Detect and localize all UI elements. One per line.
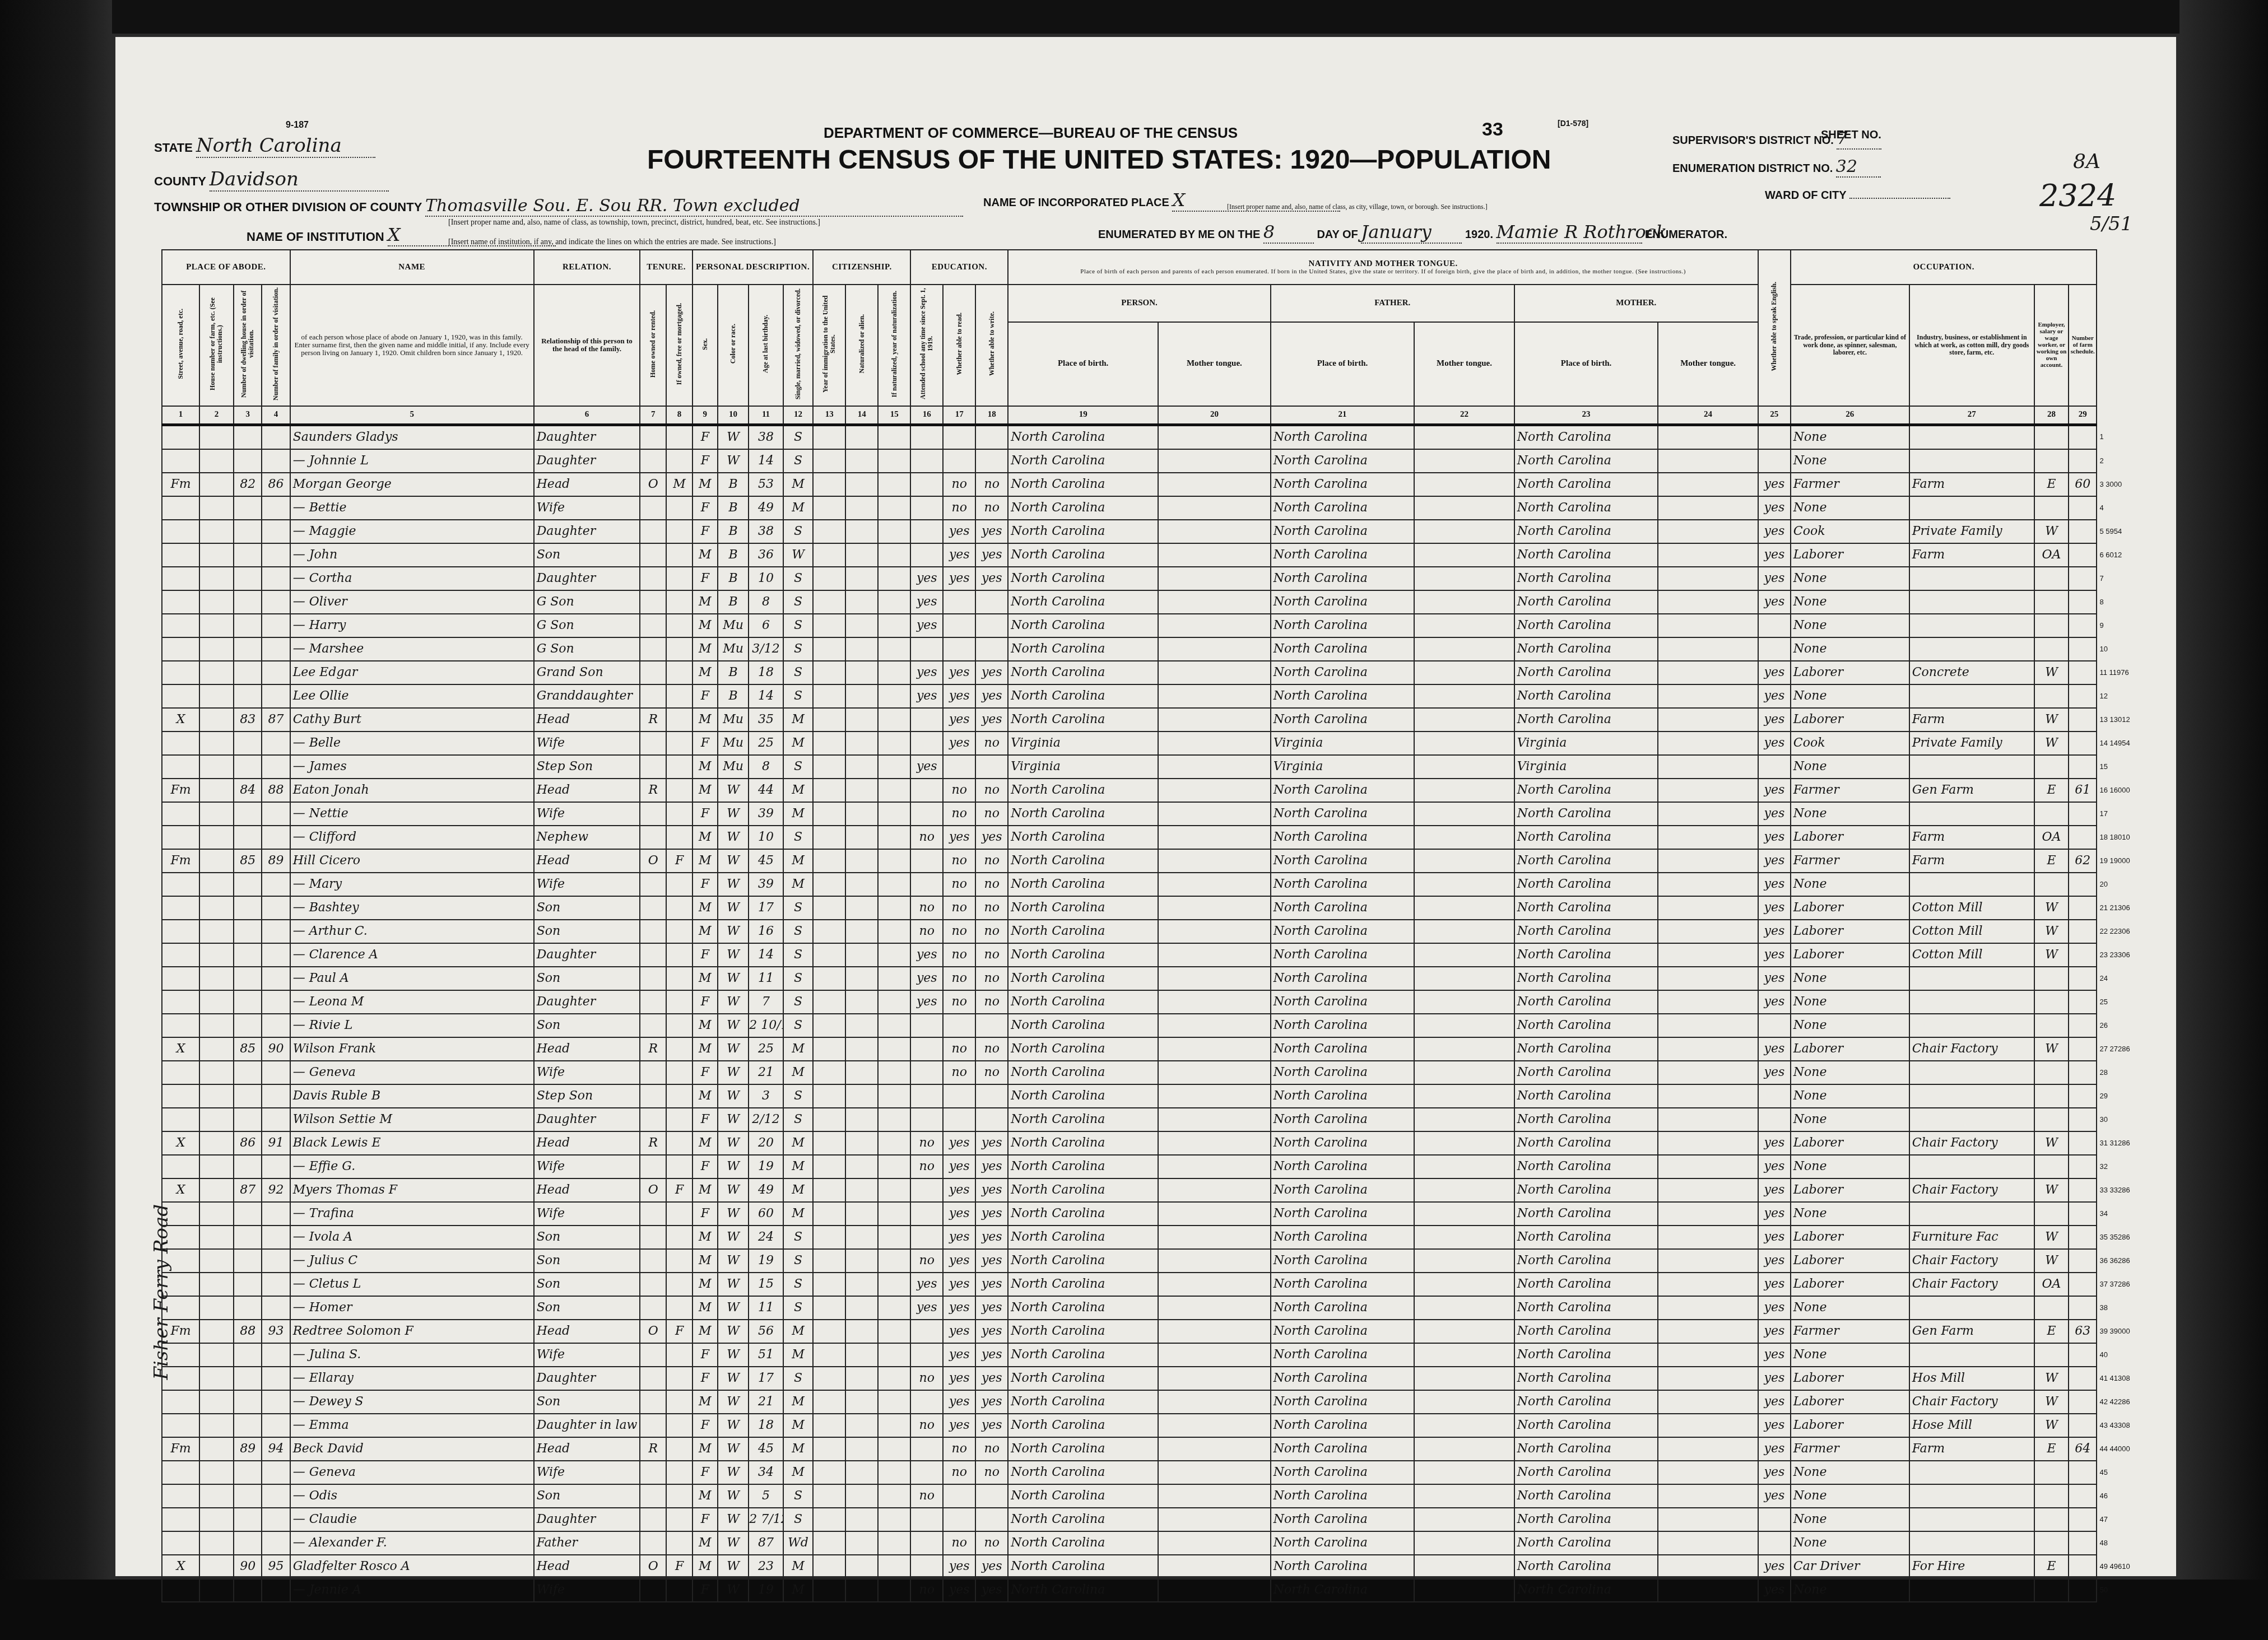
cell-ftongue xyxy=(1414,1131,1514,1155)
cell-house xyxy=(199,1484,234,1508)
cell-trade: None xyxy=(1791,1084,1909,1108)
cell-ptongue xyxy=(1158,684,1271,708)
line-number: 33 33286 xyxy=(2097,1178,2153,1202)
cell-sex: F xyxy=(693,1061,718,1084)
census-row: Lee OllieGranddaughterFB14SyesyesyesNort… xyxy=(162,684,2153,708)
cell-owned xyxy=(640,425,666,449)
cell-nat xyxy=(845,1343,878,1367)
cell-employer: W xyxy=(2034,1178,2069,1202)
census-row: — Julina S.WifeFW51MyesyesNorth Carolina… xyxy=(162,1343,2153,1367)
cell-house xyxy=(199,755,234,779)
cell-write: yes xyxy=(975,1273,1008,1296)
cell-sex: M xyxy=(693,1320,718,1343)
cell-marital: M xyxy=(783,1343,814,1367)
cell-owned xyxy=(640,661,666,684)
group-relation: RELATION. xyxy=(534,250,640,285)
cell-age: 21 xyxy=(749,1061,783,1084)
cell-industry: Farm xyxy=(1909,543,2034,567)
cell-write: no xyxy=(975,943,1008,967)
cell-age: 7 xyxy=(749,990,783,1014)
cell-ftongue xyxy=(1414,1320,1514,1343)
cell-name: — Alexander F. xyxy=(290,1531,534,1555)
cell-fpob: North Carolina xyxy=(1271,967,1415,990)
cell-read: yes xyxy=(943,1343,975,1367)
cell-house xyxy=(199,708,234,732)
cell-race: W xyxy=(718,802,749,826)
county-field: COUNTY Davidson xyxy=(154,168,389,192)
census-row: — Leona MDaughterFW7SyesnonoNorth Caroli… xyxy=(162,990,2153,1014)
cell-pob: North Carolina xyxy=(1008,520,1158,543)
cell-name: — Nettie xyxy=(290,802,534,826)
cell-industry xyxy=(1909,802,2034,826)
line-number: 28 xyxy=(2097,1061,2153,1084)
cell-marital: M xyxy=(783,473,814,496)
cell-employer: OA xyxy=(2034,543,2069,567)
cell-english: yes xyxy=(1758,1131,1791,1155)
cell-street xyxy=(162,1202,199,1226)
cell-mpob: North Carolina xyxy=(1514,590,1658,614)
enumerator-name: Mamie R Rothrock xyxy=(1496,221,1642,244)
cell-read: no xyxy=(943,473,975,496)
county-value: Davidson xyxy=(210,168,389,192)
cell-read xyxy=(943,1508,975,1531)
cell-school: no xyxy=(910,896,943,920)
census-row: — NettieWifeFW39MnonoNorth CarolinaNorth… xyxy=(162,802,2153,826)
cell-family xyxy=(262,1390,290,1414)
cell-trade: Laborer xyxy=(1791,661,1909,684)
cell-trade: None xyxy=(1791,1484,1909,1508)
cell-dwelling xyxy=(234,1414,262,1437)
cell-mtongue xyxy=(1658,1508,1758,1531)
census-row: — MarsheeG SonMMu3/12SNorth CarolinaNort… xyxy=(162,637,2153,661)
col-sex: Sex. xyxy=(693,285,718,406)
cell-mpob: North Carolina xyxy=(1514,1178,1658,1202)
cell-write: yes xyxy=(975,1555,1008,1578)
cell-street xyxy=(162,1108,199,1131)
cell-industry: Gen Farm xyxy=(1909,1320,2034,1343)
cell-age: 14 xyxy=(749,684,783,708)
cell-dwelling xyxy=(234,990,262,1014)
cell-ptongue xyxy=(1158,425,1271,449)
cell-name: — Clifford xyxy=(290,826,534,849)
cell-imm xyxy=(813,1320,845,1343)
cell-write: no xyxy=(975,1037,1008,1061)
cell-imm xyxy=(813,1461,845,1484)
day-of-label: DAY OF xyxy=(1317,229,1358,241)
cell-pob: North Carolina xyxy=(1008,637,1158,661)
cell-relation: Son xyxy=(534,1296,640,1320)
cell-age: 17 xyxy=(749,1367,783,1390)
cell-natyr xyxy=(878,1202,910,1226)
cell-school: no xyxy=(910,1578,943,1602)
line-number: 17 xyxy=(2097,802,2153,826)
line-number: 38 xyxy=(2097,1296,2153,1320)
cell-employer xyxy=(2034,1461,2069,1484)
cell-ftongue xyxy=(1414,1037,1514,1061)
column-number: 12 xyxy=(783,406,814,425)
census-row: Fm8589Hill CiceroHeadOFMW45MnonoNorth Ca… xyxy=(162,849,2153,873)
cell-race: W xyxy=(718,943,749,967)
cell-pob: North Carolina xyxy=(1008,1390,1158,1414)
cell-house xyxy=(199,1131,234,1155)
cell-age: 16 xyxy=(749,920,783,943)
cell-mtongue xyxy=(1658,1555,1758,1578)
cell-family xyxy=(262,755,290,779)
cell-fpob: North Carolina xyxy=(1271,1155,1415,1178)
group-nativity: NATIVITY AND MOTHER TONGUE. Place of bir… xyxy=(1008,250,1758,285)
cell-age: 25 xyxy=(749,732,783,755)
cell-sex: F xyxy=(693,1367,718,1390)
cell-street xyxy=(162,1367,199,1390)
cell-nat xyxy=(845,1084,878,1108)
cell-employer xyxy=(2034,873,2069,896)
cell-trade: Car Driver xyxy=(1791,1555,1909,1578)
cell-pob: North Carolina xyxy=(1008,826,1158,849)
cell-owned xyxy=(640,896,666,920)
cell-owned: O xyxy=(640,473,666,496)
cell-mortgaged: F xyxy=(666,849,693,873)
cell-dwelling: 89 xyxy=(234,1437,262,1461)
cell-race: W xyxy=(718,1131,749,1155)
cell-race: W xyxy=(718,826,749,849)
cell-house xyxy=(199,967,234,990)
cell-fpob: North Carolina xyxy=(1271,1061,1415,1084)
cell-farm xyxy=(2069,802,2097,826)
cell-dwelling xyxy=(234,920,262,943)
cell-industry: Cotton Mill xyxy=(1909,896,2034,920)
cell-house xyxy=(199,1320,234,1343)
cell-street xyxy=(162,826,199,849)
cell-pob: North Carolina xyxy=(1008,920,1158,943)
cell-school: yes xyxy=(910,1296,943,1320)
column-number: 3 xyxy=(234,406,262,425)
cell-owned xyxy=(640,1414,666,1437)
cell-school xyxy=(910,1437,943,1461)
column-number: 26 xyxy=(1791,406,1909,425)
cell-house xyxy=(199,614,234,637)
cell-employer xyxy=(2034,1508,2069,1531)
cell-employer xyxy=(2034,425,2069,449)
cell-pob: North Carolina xyxy=(1008,1061,1158,1084)
cell-ftongue xyxy=(1414,779,1514,802)
cell-mortgaged xyxy=(666,1437,693,1461)
cell-farm xyxy=(2069,684,2097,708)
cell-name: — Maggie xyxy=(290,520,534,543)
cell-name: — Odis xyxy=(290,1484,534,1508)
cell-employer: W xyxy=(2034,1367,2069,1390)
cell-marital: S xyxy=(783,637,814,661)
cell-mortgaged xyxy=(666,967,693,990)
cell-read xyxy=(943,755,975,779)
cell-employer: W xyxy=(2034,1390,2069,1414)
cell-house xyxy=(199,590,234,614)
page-number: 33 xyxy=(1482,119,1503,141)
line-number: 48 xyxy=(2097,1531,2153,1555)
cell-dwelling xyxy=(234,1014,262,1037)
cell-school xyxy=(910,1508,943,1531)
cell-trade: None xyxy=(1791,1061,1909,1084)
cell-dwelling: 85 xyxy=(234,1037,262,1061)
cell-english: yes xyxy=(1758,873,1791,896)
cell-dwelling: 82 xyxy=(234,473,262,496)
cell-school: yes xyxy=(910,590,943,614)
cell-owned xyxy=(640,1061,666,1084)
cell-house xyxy=(199,473,234,496)
cell-house xyxy=(199,943,234,967)
cell-street: Fm xyxy=(162,1320,199,1343)
cell-fpob: North Carolina xyxy=(1271,425,1415,449)
cell-fpob: North Carolina xyxy=(1271,543,1415,567)
cell-owned xyxy=(640,614,666,637)
cell-english: yes xyxy=(1758,1390,1791,1414)
enumerated-year: 1920. xyxy=(1465,229,1493,241)
cell-house xyxy=(199,826,234,849)
cell-english: yes xyxy=(1758,1414,1791,1437)
cell-mortgaged xyxy=(666,802,693,826)
cell-natyr xyxy=(878,779,910,802)
cell-nat xyxy=(845,755,878,779)
cell-relation: Son xyxy=(534,896,640,920)
cell-school: no xyxy=(910,826,943,849)
cell-name: Morgan George xyxy=(290,473,534,496)
cell-fpob: North Carolina xyxy=(1271,496,1415,520)
cell-english: yes xyxy=(1758,1461,1791,1484)
line-number: 19 19000 xyxy=(2097,849,2153,873)
cell-fpob: North Carolina xyxy=(1271,1014,1415,1037)
cell-nat xyxy=(845,1249,878,1273)
cell-age: 6 xyxy=(749,614,783,637)
cell-dwelling xyxy=(234,826,262,849)
cell-mtongue xyxy=(1658,943,1758,967)
cell-family xyxy=(262,1414,290,1437)
cell-imm xyxy=(813,1531,845,1555)
cell-industry xyxy=(1909,873,2034,896)
cell-industry xyxy=(1909,755,2034,779)
cell-age: 18 xyxy=(749,661,783,684)
cell-read: yes xyxy=(943,1131,975,1155)
cell-employer: W xyxy=(2034,661,2069,684)
cell-street xyxy=(162,967,199,990)
cell-school: no xyxy=(910,1414,943,1437)
cell-house xyxy=(199,1061,234,1084)
cell-owned xyxy=(640,1273,666,1296)
cell-fpob: North Carolina xyxy=(1271,849,1415,873)
cell-owned: O xyxy=(640,1555,666,1578)
census-row: — CliffordNephewMW10SnoyesyesNorth Carol… xyxy=(162,826,2153,849)
cell-read xyxy=(943,1108,975,1131)
cell-age: 60 xyxy=(749,1202,783,1226)
cell-name: — Belle xyxy=(290,732,534,755)
cell-industry: Chair Factory xyxy=(1909,1273,2034,1296)
cell-imm xyxy=(813,1037,845,1061)
column-number: 28 xyxy=(2034,406,2069,425)
column-number: 15 xyxy=(878,406,910,425)
cell-fpob: North Carolina xyxy=(1271,520,1415,543)
col-industry: Industry, business, or establishment in … xyxy=(1909,285,2034,406)
cell-family xyxy=(262,684,290,708)
cell-dwelling xyxy=(234,1578,262,1602)
cell-trade: Farmer xyxy=(1791,473,1909,496)
cell-age: 21 xyxy=(749,1390,783,1414)
cell-nat xyxy=(845,520,878,543)
cell-pob: North Carolina xyxy=(1008,1461,1158,1484)
cell-fpob: North Carolina xyxy=(1271,1531,1415,1555)
cell-industry: Chair Factory xyxy=(1909,1390,2034,1414)
cell-owned xyxy=(640,543,666,567)
cell-mortgaged xyxy=(666,732,693,755)
cell-natyr xyxy=(878,873,910,896)
line-number-spacer xyxy=(2097,406,2153,425)
cell-race: Mu xyxy=(718,614,749,637)
cell-farm xyxy=(2069,1155,2097,1178)
cell-ftongue xyxy=(1414,896,1514,920)
census-row: — Cletus LSonMW15SyesyesyesNorth Carolin… xyxy=(162,1273,2153,1296)
cell-english: yes xyxy=(1758,1367,1791,1390)
sheet-value: 8A xyxy=(2073,150,2100,173)
line-number: 35 35286 xyxy=(2097,1226,2153,1249)
cell-age: 44 xyxy=(749,779,783,802)
cell-mortgaged xyxy=(666,779,693,802)
cell-race: W xyxy=(718,1461,749,1484)
enumerator-label: ENUMERATOR. xyxy=(1645,229,1727,241)
cell-relation: Wife xyxy=(534,1343,640,1367)
cell-mpob: North Carolina xyxy=(1514,1414,1658,1437)
line-number: 32 xyxy=(2097,1155,2153,1178)
cell-ftongue xyxy=(1414,943,1514,967)
census-row: — Arthur C.SonMW16SnononoNorth CarolinaN… xyxy=(162,920,2153,943)
cell-owned xyxy=(640,1578,666,1602)
cell-name: — Trafina xyxy=(290,1202,534,1226)
cell-ftongue xyxy=(1414,614,1514,637)
cell-employer xyxy=(2034,1296,2069,1320)
cell-write: yes xyxy=(975,1414,1008,1437)
cell-mtongue xyxy=(1658,1037,1758,1061)
cell-marital: M xyxy=(783,873,814,896)
cell-house xyxy=(199,1202,234,1226)
cell-imm xyxy=(813,967,845,990)
cell-street xyxy=(162,1414,199,1437)
cell-family xyxy=(262,614,290,637)
cell-mtongue xyxy=(1658,826,1758,849)
cell-dwelling: 85 xyxy=(234,849,262,873)
cell-read: yes xyxy=(943,708,975,732)
cell-write: no xyxy=(975,779,1008,802)
cell-marital: S xyxy=(783,1108,814,1131)
cell-name: — Oliver xyxy=(290,590,534,614)
cell-dwelling: 88 xyxy=(234,1320,262,1343)
cell-name: — Jennie A xyxy=(290,1578,534,1602)
cell-farm: 64 xyxy=(2069,1437,2097,1461)
census-row: — Clarence ADaughterFW14SyesnonoNorth Ca… xyxy=(162,943,2153,967)
col-name-description: of each person whose place of abode on J… xyxy=(290,285,534,406)
cell-natyr xyxy=(878,990,910,1014)
cell-school: no xyxy=(910,1484,943,1508)
cell-house xyxy=(199,896,234,920)
cell-family xyxy=(262,496,290,520)
cell-family xyxy=(262,1273,290,1296)
group-personal-description: PERSONAL DESCRIPTION. xyxy=(693,250,813,285)
census-row: X8387Cathy BurtHeadRMMu35MyesyesNorth Ca… xyxy=(162,708,2153,732)
cell-mpob: North Carolina xyxy=(1514,1249,1658,1273)
group-tenure: TENURE. xyxy=(640,250,693,285)
cell-employer xyxy=(2034,684,2069,708)
cell-mtongue xyxy=(1658,802,1758,826)
cell-house xyxy=(199,732,234,755)
cell-mpob: North Carolina xyxy=(1514,1578,1658,1602)
cell-read: yes xyxy=(943,1273,975,1296)
cell-mtongue xyxy=(1658,1202,1758,1226)
cell-relation: Head xyxy=(534,779,640,802)
subgroup-mother: MOTHER. xyxy=(1514,285,1758,322)
cell-write: yes xyxy=(975,1578,1008,1602)
cell-house xyxy=(199,779,234,802)
cell-owned xyxy=(640,520,666,543)
cell-employer xyxy=(2034,755,2069,779)
cell-family xyxy=(262,1155,290,1178)
cell-house xyxy=(199,1108,234,1131)
cell-name: Wilson Settie M xyxy=(290,1108,534,1131)
cell-name: Lee Edgar xyxy=(290,661,534,684)
cell-mtongue xyxy=(1658,1014,1758,1037)
cell-read xyxy=(943,614,975,637)
cell-relation: Step Son xyxy=(534,755,640,779)
cell-nat xyxy=(845,1131,878,1155)
cell-employer: E xyxy=(2034,473,2069,496)
cell-imm xyxy=(813,1131,845,1155)
cell-school xyxy=(910,1531,943,1555)
cell-owned xyxy=(640,943,666,967)
cell-nat xyxy=(845,826,878,849)
cell-street xyxy=(162,1508,199,1531)
cell-read: yes xyxy=(943,826,975,849)
cell-english: yes xyxy=(1758,967,1791,990)
cell-employer: W xyxy=(2034,920,2069,943)
cell-dwelling xyxy=(234,1084,262,1108)
cell-ftongue xyxy=(1414,1578,1514,1602)
cell-school xyxy=(910,473,943,496)
cell-employer xyxy=(2034,496,2069,520)
cell-pob: North Carolina xyxy=(1008,543,1158,567)
cell-family: 94 xyxy=(262,1437,290,1461)
cell-trade: None xyxy=(1791,1508,1909,1531)
cell-relation: Head xyxy=(534,849,640,873)
cell-owned xyxy=(640,1343,666,1367)
line-number: 6 6012 xyxy=(2097,543,2153,567)
cell-write: no xyxy=(975,1437,1008,1461)
cell-industry xyxy=(1909,1508,2034,1531)
census-row: Fm8994Beck DavidHeadRMW45MnonoNorth Caro… xyxy=(162,1437,2153,1461)
cell-relation: Grand Son xyxy=(534,661,640,684)
cell-mortgaged xyxy=(666,1414,693,1437)
cell-natyr xyxy=(878,1508,910,1531)
cell-ftongue xyxy=(1414,1531,1514,1555)
cell-pob: North Carolina xyxy=(1008,1249,1158,1273)
cell-street xyxy=(162,1296,199,1320)
cell-trade: Farmer xyxy=(1791,849,1909,873)
column-number: 14 xyxy=(845,406,878,425)
cell-pob: North Carolina xyxy=(1008,1178,1158,1202)
cell-read: no xyxy=(943,1531,975,1555)
cell-race: W xyxy=(718,990,749,1014)
cell-sex: F xyxy=(693,684,718,708)
cell-relation: G Son xyxy=(534,637,640,661)
cell-ftongue xyxy=(1414,1296,1514,1320)
cell-mtongue xyxy=(1658,1108,1758,1131)
cell-dwelling xyxy=(234,1061,262,1084)
cell-farm xyxy=(2069,943,2097,967)
cell-industry: Farm xyxy=(1909,849,2034,873)
column-number: 4 xyxy=(262,406,290,425)
